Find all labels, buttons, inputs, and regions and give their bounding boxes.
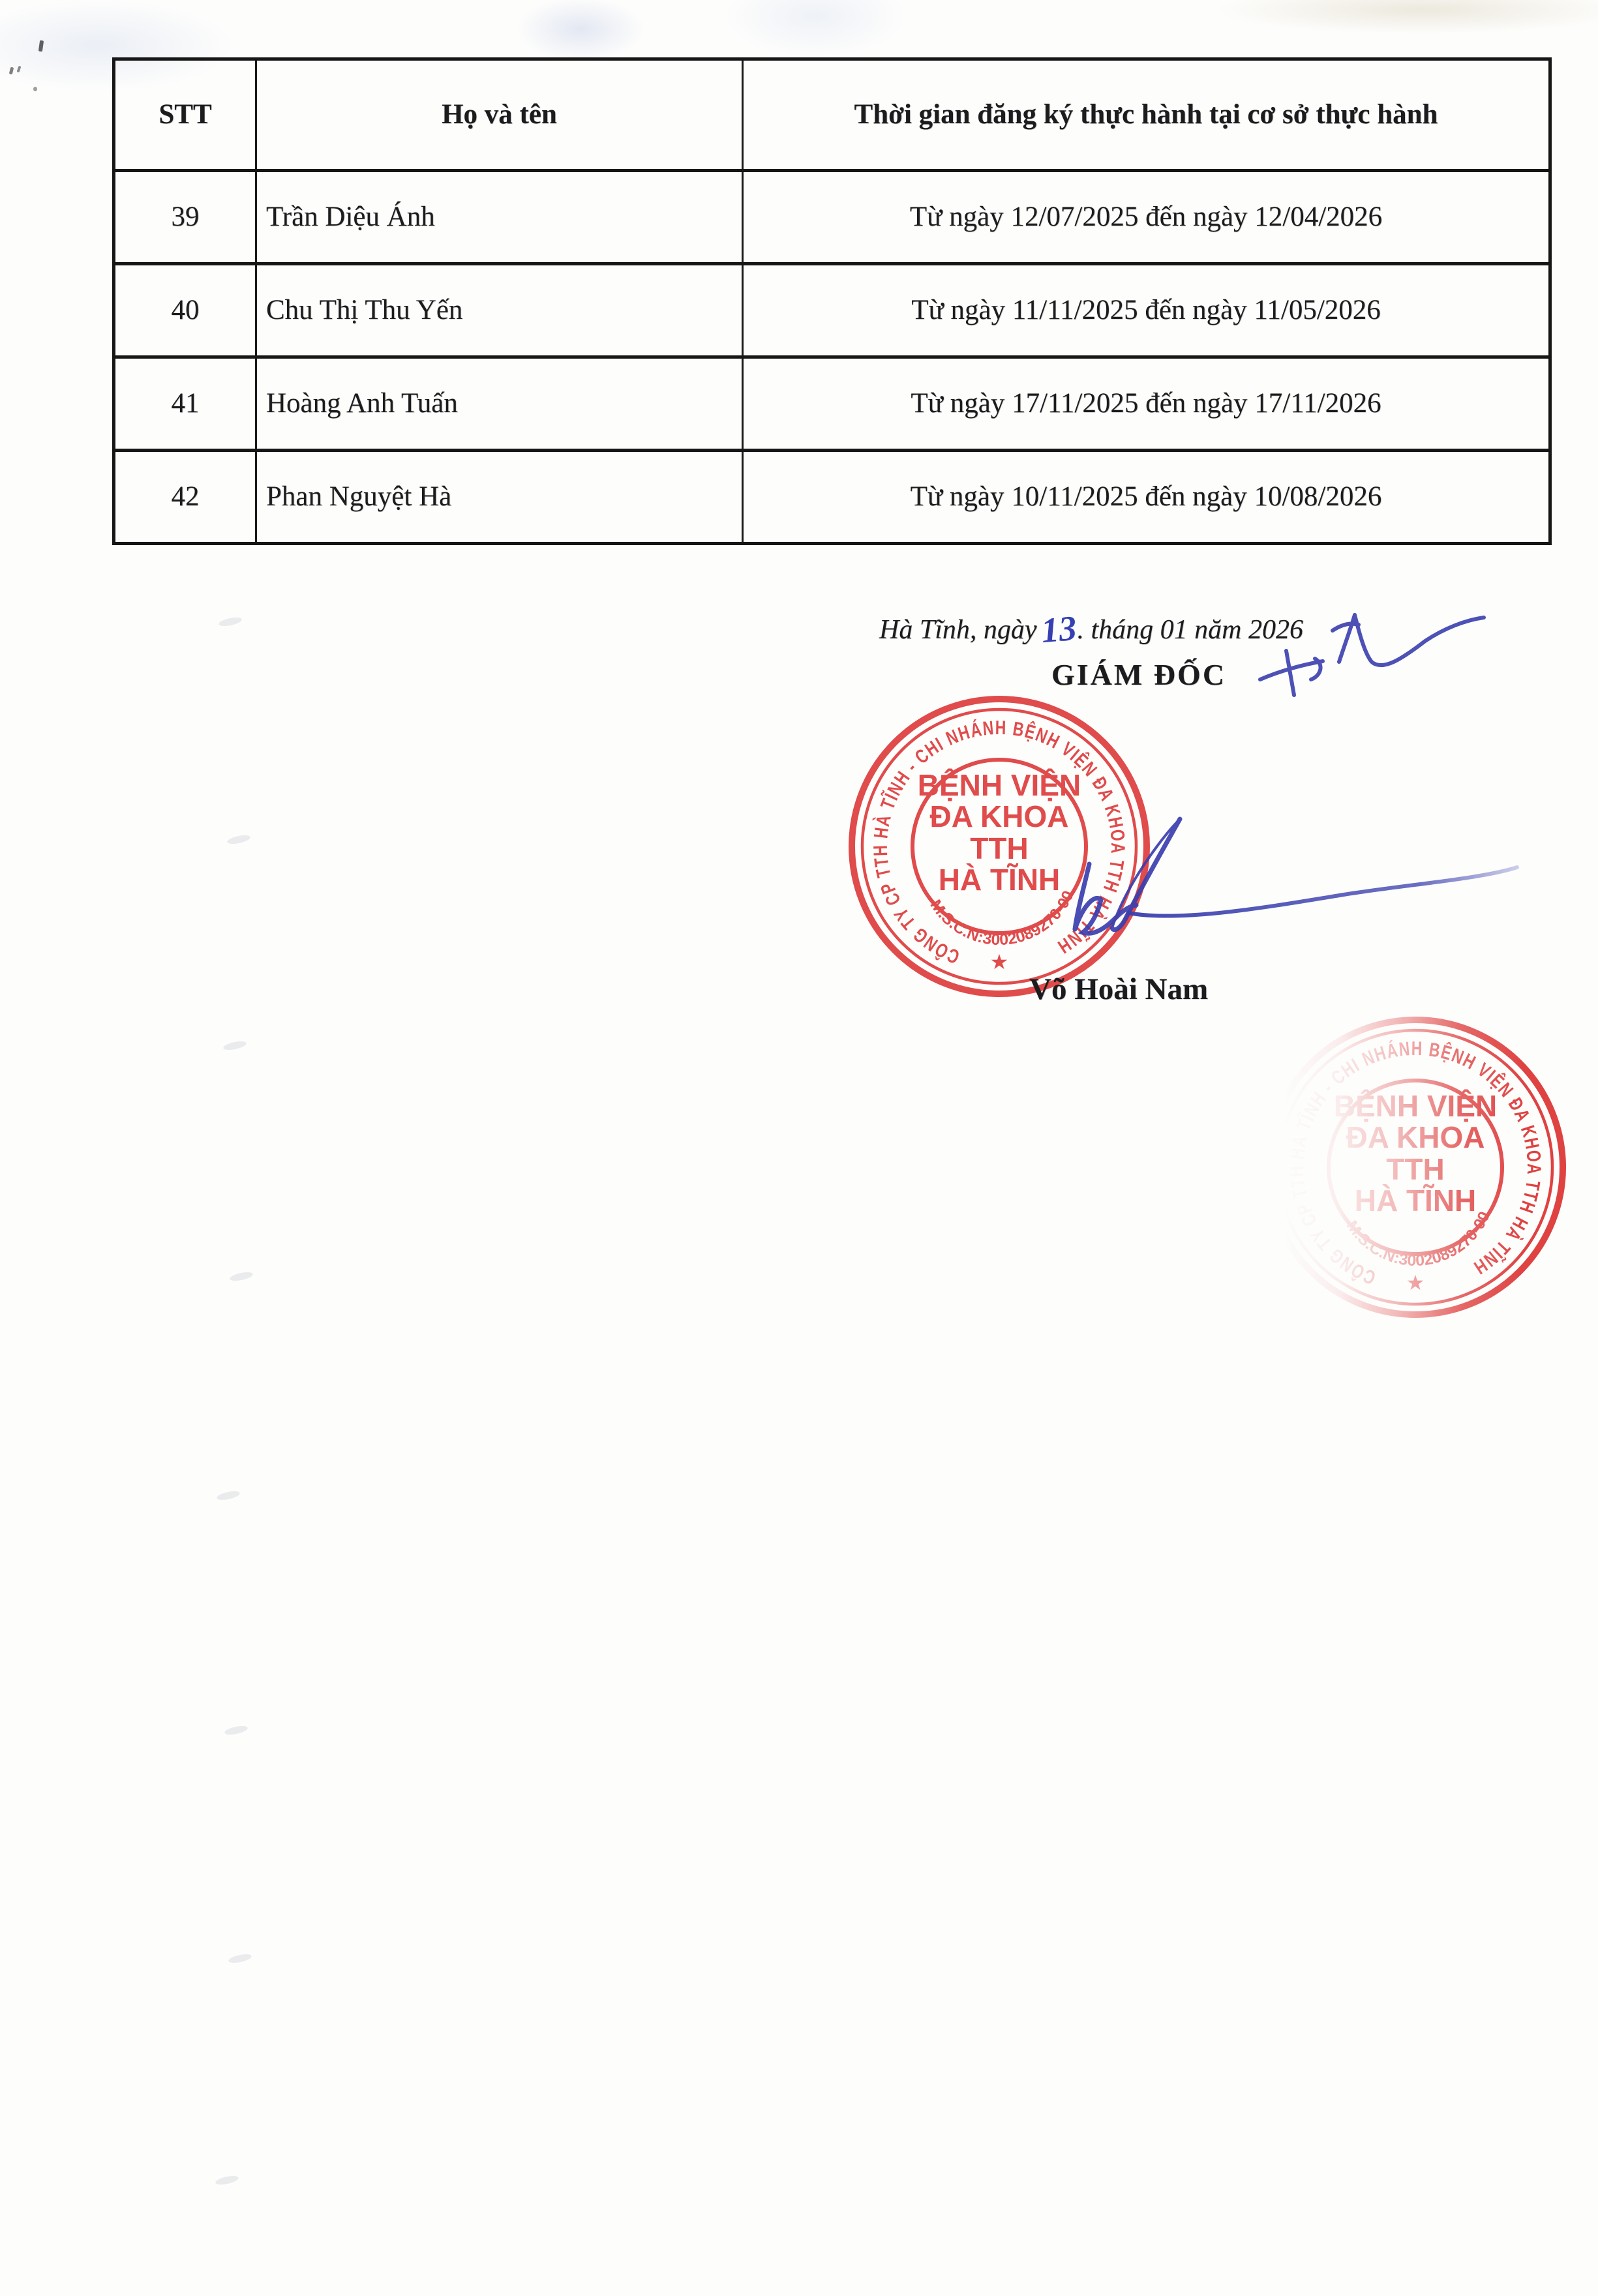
scan-smudge — [228, 1952, 252, 1964]
col-header-period: Thời gian đăng ký thực hành tại cơ sở th… — [743, 59, 1550, 171]
place-date-prefix: Hà Tĩnh, ngày — [879, 615, 1037, 645]
scan-smudge — [215, 2174, 239, 2186]
signer-name: Võ Hoài Nam — [1029, 972, 1208, 1007]
table-row: 39 Trần Diệu Ánh Từ ngày 12/07/2025 đến … — [114, 171, 1550, 264]
table-row: 40 Chu Thị Thu Yến Từ ngày 11/11/2025 đế… — [114, 264, 1550, 357]
seal-center-line2: ĐA KHOA — [930, 799, 1069, 833]
row-stt: 40 — [114, 264, 256, 357]
row-period: Từ ngày 12/07/2025 đến ngày 12/04/2026 — [743, 171, 1550, 264]
seal-center-line4: HÀ TĨNH — [939, 863, 1061, 897]
seal-star: ★ — [1406, 1271, 1425, 1294]
place-date-suffix: . tháng 01 năm 2026 — [1078, 615, 1304, 645]
seal-center-line1: BỆNH VIỆN — [1334, 1089, 1497, 1123]
row-name: Chu Thị Thu Yến — [256, 264, 743, 357]
scan-smudge — [229, 1270, 254, 1282]
col-header-name: Họ và tên — [256, 59, 743, 171]
row-period: Từ ngày 11/11/2025 đến ngày 11/05/2026 — [743, 264, 1550, 357]
scan-speck — [9, 67, 14, 75]
scan-smudge — [222, 1039, 247, 1051]
seal-star: ★ — [990, 950, 1009, 974]
seal-center-line3: TTH — [970, 831, 1028, 865]
handwritten-day: 13 — [1039, 608, 1078, 651]
table-row: 42 Phan Nguyệt Hà Từ ngày 10/11/2025 đến… — [114, 451, 1550, 544]
row-period: Từ ngày 10/11/2025 đến ngày 10/08/2026 — [743, 451, 1550, 544]
seal-center-line1: BỆNH VIỆN — [918, 768, 1081, 802]
scan-smudge — [226, 833, 251, 845]
pen-cross-mark — [1252, 647, 1334, 702]
table-row: 41 Hoàng Anh Tuấn Từ ngày 17/11/2025 đến… — [114, 357, 1550, 451]
seal-center-line4: HÀ TĨNH — [1355, 1184, 1477, 1217]
scan-speck — [38, 40, 44, 52]
place-date-line: Hà Tĩnh, ngày13. tháng 01 năm 2026 — [879, 606, 1303, 647]
scanned-document-page: STT Họ và tên Thời gian đăng ký thực hàn… — [0, 0, 1598, 2296]
scan-smudge — [224, 1724, 249, 1736]
scan-smudge — [216, 1489, 241, 1501]
col-header-stt: STT — [114, 59, 256, 171]
practice-roster-table: STT Họ và tên Thời gian đăng ký thực hàn… — [112, 57, 1552, 545]
row-period: Từ ngày 17/11/2025 đến ngày 17/11/2026 — [743, 357, 1550, 451]
row-stt: 39 — [114, 171, 256, 264]
scan-smudge — [218, 616, 243, 627]
seal-center-line3: TTH — [1386, 1152, 1444, 1186]
pen-flourish — [1327, 610, 1490, 678]
scan-speck — [17, 66, 22, 73]
row-stt: 41 — [114, 357, 256, 451]
partial-seal-stamp: CÔNG TY CP TTH HÀ TĨNH - CHI NHÁNH BỆNH … — [1220, 972, 1598, 1363]
seal-center-line2: ĐA KHOA — [1346, 1120, 1485, 1154]
row-stt: 42 — [114, 451, 256, 544]
row-name: Trần Diệu Ánh — [256, 171, 743, 264]
scan-speck — [33, 87, 37, 91]
handwritten-signature — [1063, 802, 1533, 946]
table-header-row: STT Họ và tên Thời gian đăng ký thực hàn… — [114, 59, 1550, 171]
row-name: Phan Nguyệt Hà — [256, 451, 743, 544]
row-name: Hoàng Anh Tuấn — [256, 357, 743, 451]
